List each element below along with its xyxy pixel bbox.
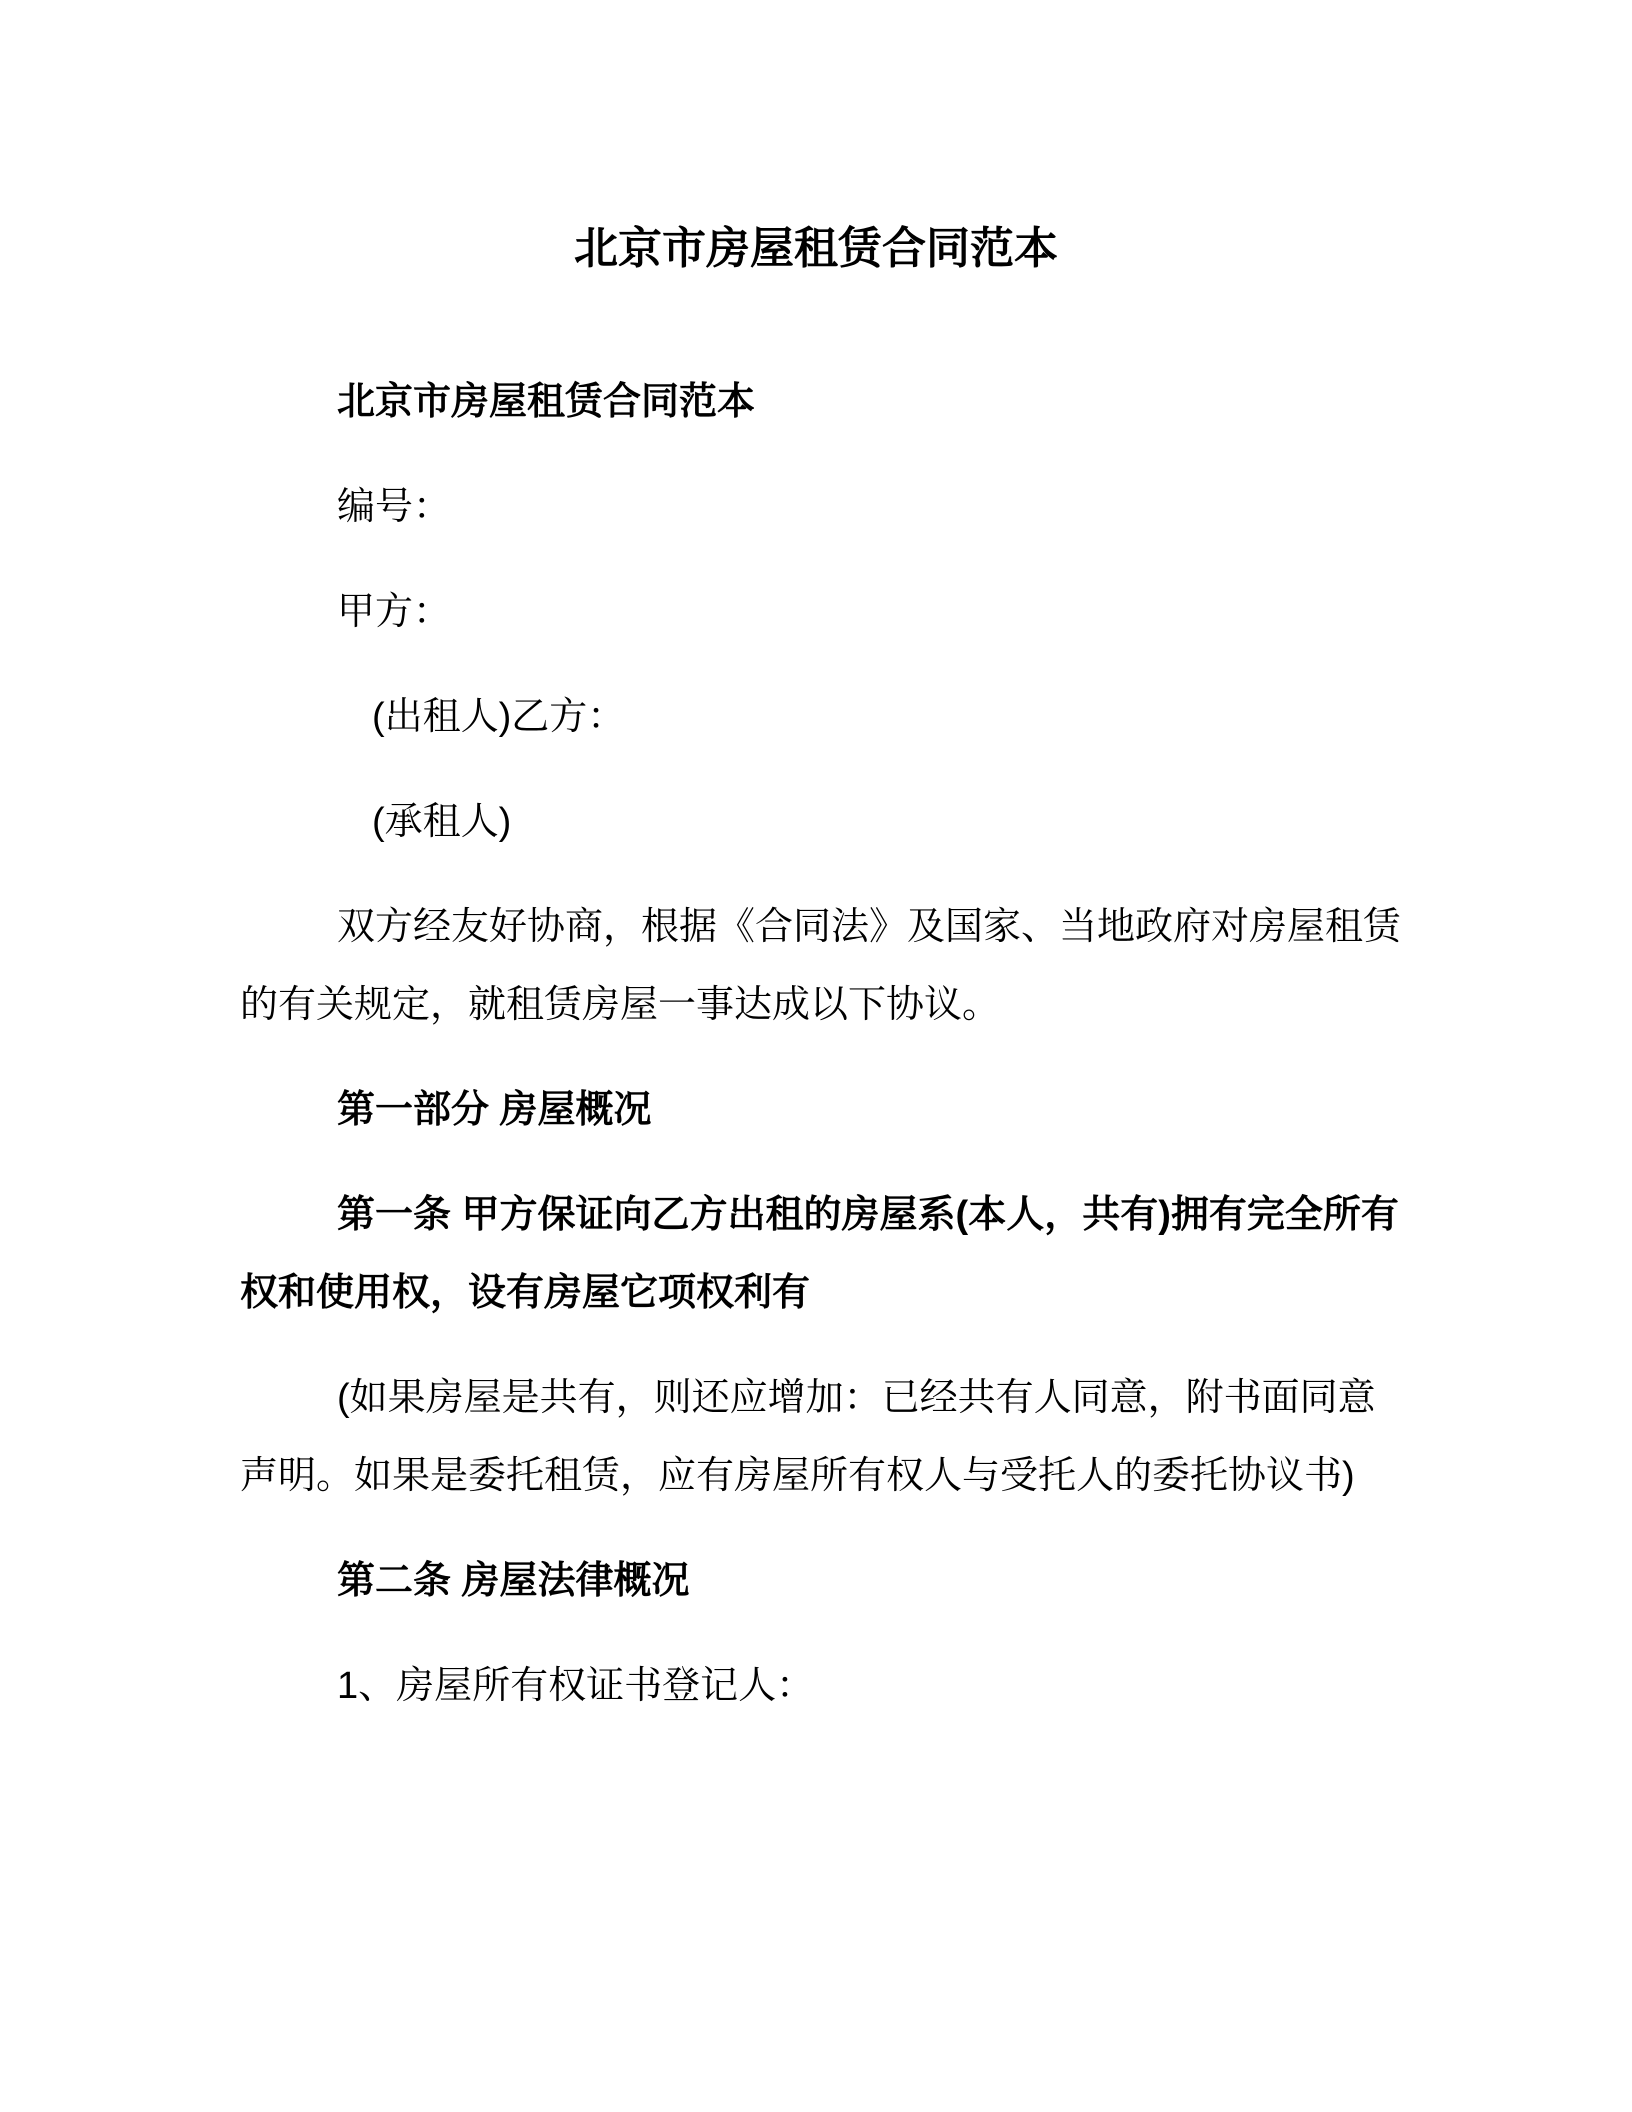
document-line: (出租人)乙方： — [240, 678, 1462, 756]
document-line: 第二条 房屋法律概况 — [240, 1542, 1462, 1620]
document-line: (如果房屋是共有，则还应增加：已经共有人同意，附书面同意 — [240, 1359, 1462, 1437]
document-line: 第一条 甲方保证向乙方出租的房屋系(本人，共有)拥有完全所有 — [240, 1176, 1462, 1254]
document-body: 北京市房屋租赁合同范本编号：甲方：(出租人)乙方：(承租人)双方经友好协商，根据… — [240, 363, 1462, 1725]
document-page: 北京市房屋租赁合同范本 北京市房屋租赁合同范本编号：甲方：(出租人)乙方：(承租… — [0, 0, 1632, 2112]
document-line: 第一部分 房屋概况 — [240, 1071, 1462, 1149]
document-line: 双方经友好协商，根据《合同法》及国家、当地政府对房屋租赁 — [240, 888, 1462, 966]
document-line: 权和使用权，设有房屋它项权利有 — [240, 1254, 1462, 1332]
document-line: (承租人) — [240, 783, 1462, 861]
document-line: 1、房屋所有权证书登记人： — [240, 1647, 1462, 1725]
document-line: 北京市房屋租赁合同范本 — [240, 363, 1462, 441]
document-line: 声明。如果是委托租赁，应有房屋所有权人与受托人的委托协议书) — [240, 1437, 1462, 1515]
document-line: 甲方： — [240, 573, 1462, 651]
document-line: 的有关规定，就租赁房屋一事达成以下协议。 — [240, 966, 1462, 1044]
document-title: 北京市房屋租赁合同范本 — [0, 218, 1632, 280]
document-line: 编号： — [240, 468, 1462, 546]
